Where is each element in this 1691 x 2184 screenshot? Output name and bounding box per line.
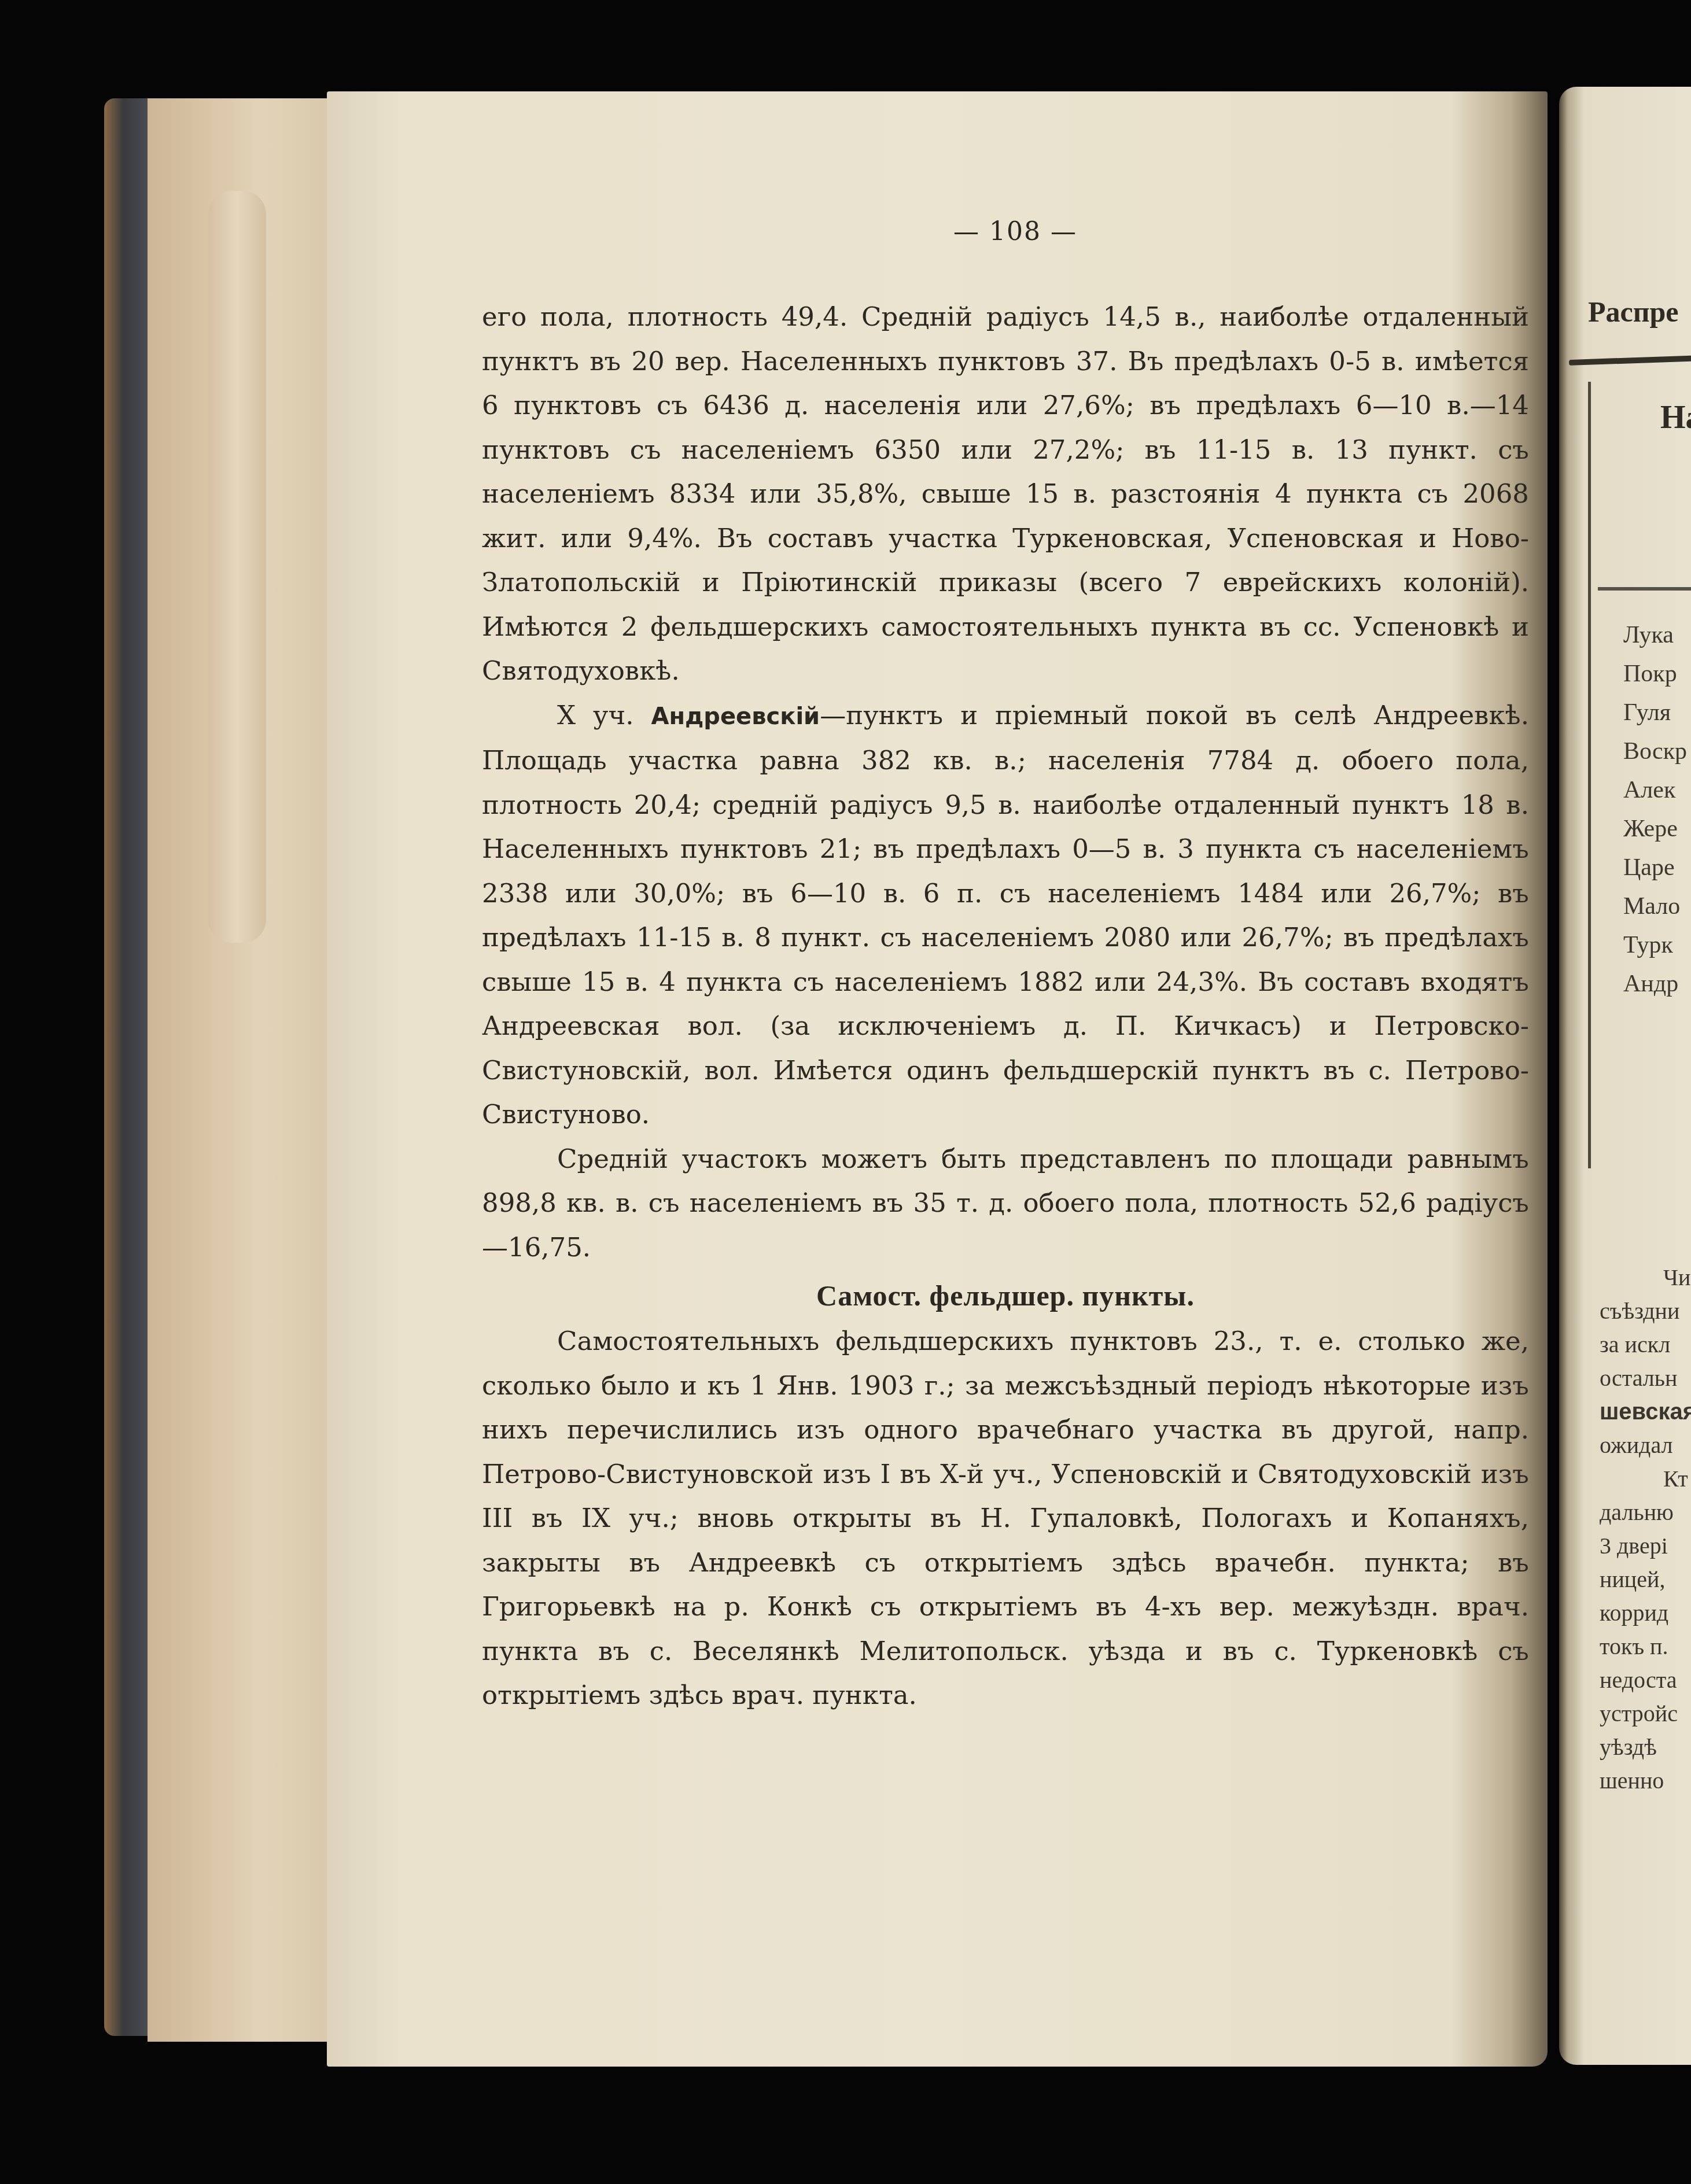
text-line: за искл (1600, 1328, 1691, 1362)
text-line: шенно (1600, 1764, 1691, 1798)
table-header-rule (1598, 587, 1691, 591)
table-row: Мало (1623, 887, 1687, 926)
paragraph-section-x: X уч. Андреевскій—пунктъ и пріемный поко… (482, 693, 1529, 1137)
table-row: Царе (1623, 848, 1687, 887)
text-line: уѣздѣ (1600, 1731, 1691, 1764)
text-line: 3 двері (1600, 1529, 1691, 1563)
table-row: Жере (1623, 810, 1687, 848)
paragraph-feldsher-points: Самостоятельныхъ фельдшерскихъ пунктовъ … (482, 1319, 1529, 1718)
text-line: съѣздни (1600, 1294, 1691, 1328)
text-line: Кт (1600, 1462, 1691, 1496)
section-name: Андреевскій (651, 703, 820, 730)
text-line: ожидал (1600, 1429, 1691, 1462)
table-row: Алек (1623, 771, 1687, 810)
paragraph-average: Средній участокъ можетъ быть представлен… (482, 1137, 1529, 1270)
table-border (1588, 382, 1591, 1168)
right-page-text: Чи съѣздни за искл остальн шевская ожида… (1600, 1261, 1691, 1798)
text-line: шевская (1600, 1395, 1691, 1429)
text-line: остальн (1600, 1362, 1691, 1395)
table-row: Покр (1623, 655, 1687, 693)
table-rows: Лука Покр Гуля Воскр Алек Жере Царе Мало… (1623, 616, 1687, 1004)
page-number: — 108 — (943, 217, 1088, 246)
paragraph-continuation: его пола, плотность 49,4. Средній радіус… (482, 295, 1529, 693)
left-page-text: его пола, плотность 49,4. Средній радіус… (482, 295, 1529, 1718)
section-text: —пунктъ и пріемный покой въ селѣ Андреев… (482, 700, 1529, 1130)
text-line: дальню (1600, 1496, 1691, 1529)
section-prefix: X уч. (557, 700, 634, 731)
text-line: токъ п. (1600, 1630, 1691, 1663)
text-line: недоста (1600, 1663, 1691, 1697)
table-row: Лука (1623, 616, 1687, 655)
table-row: Воскр (1623, 732, 1687, 771)
table-row: Андр (1623, 965, 1687, 1004)
table-header: На (1660, 399, 1691, 436)
table-row: Гуля (1623, 693, 1687, 732)
section-heading: Самост. фельдшер. пункты. (482, 1272, 1529, 1319)
torn-paper-flap (208, 191, 266, 943)
text-line: ницей, (1600, 1563, 1691, 1596)
table-row: Турк (1623, 926, 1687, 965)
text-line: Чи (1600, 1261, 1691, 1294)
text-line: устройс (1600, 1697, 1691, 1731)
text-line: коррид (1600, 1596, 1691, 1630)
right-page-title: Распре (1588, 295, 1679, 329)
